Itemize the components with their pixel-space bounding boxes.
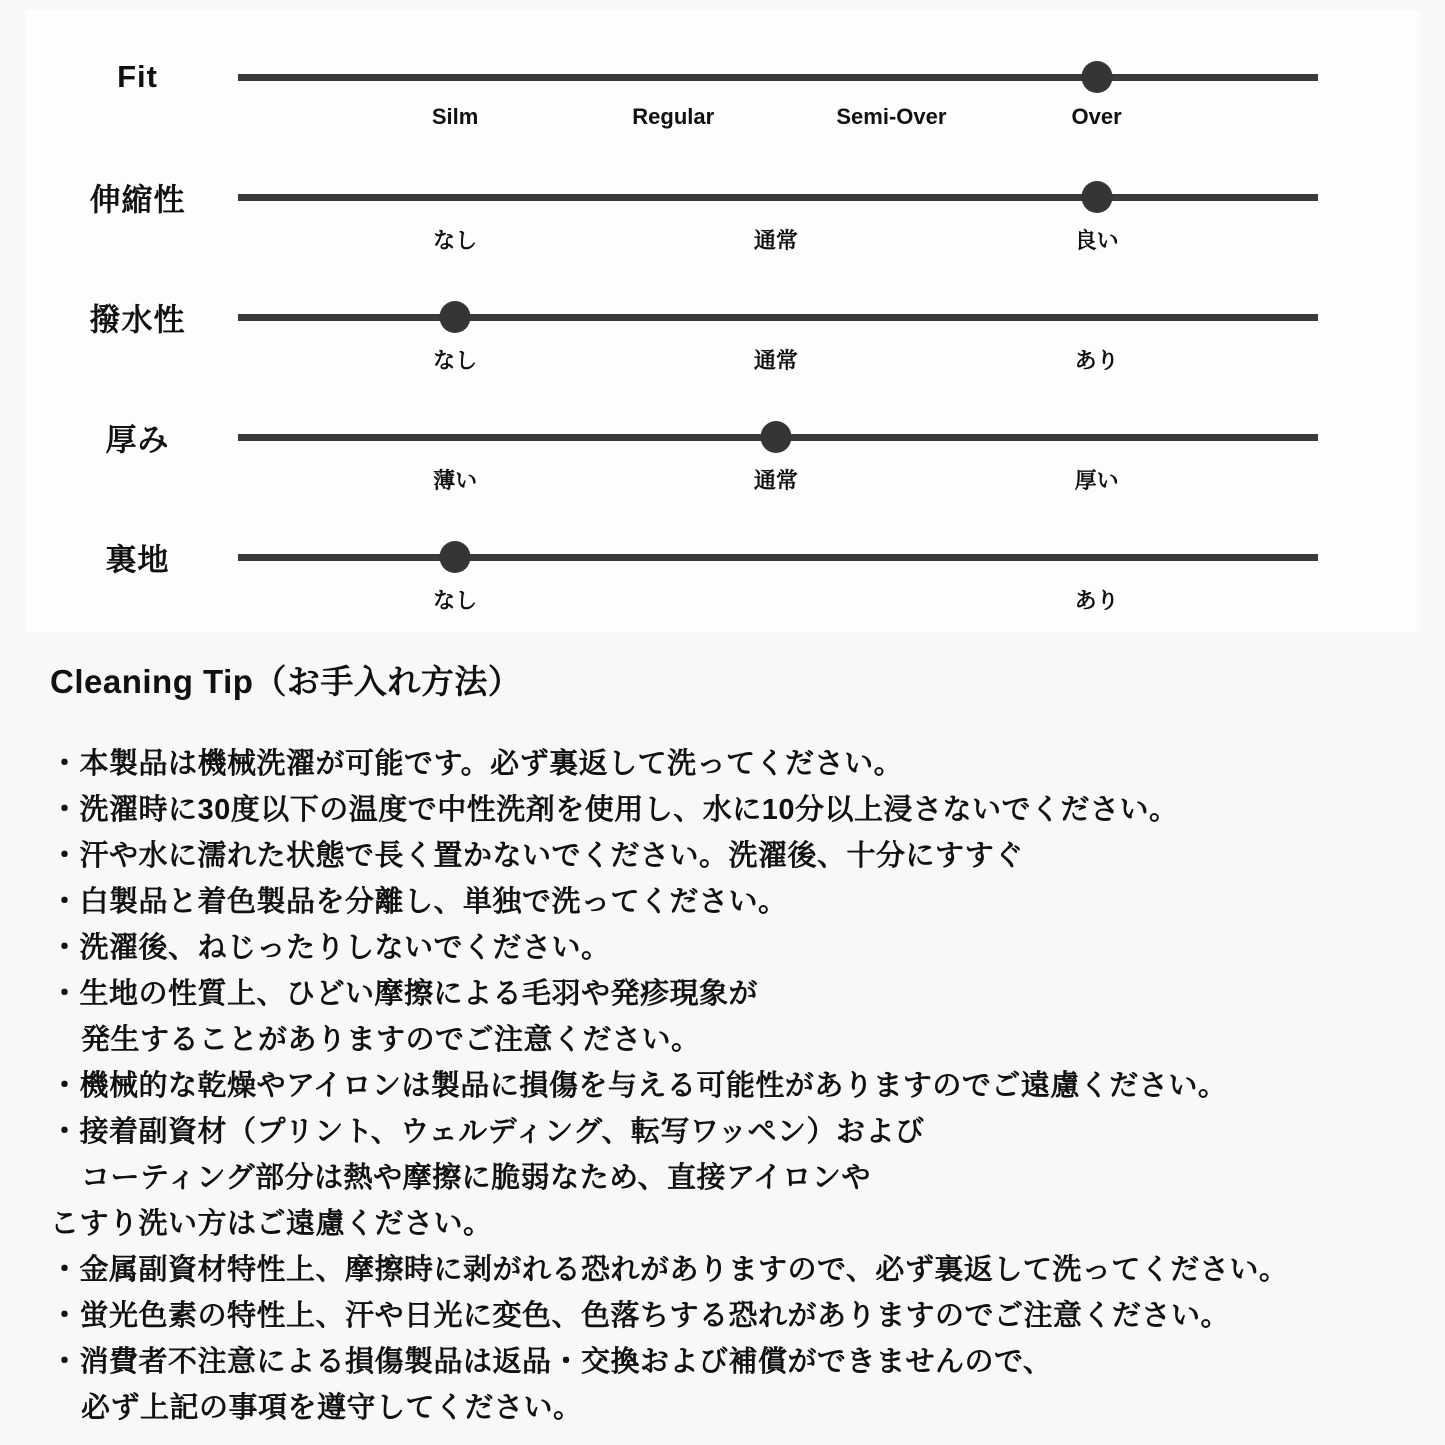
cleaning-tip-line: ・蛍光色素の特性上、汗や日光に変色、色落ちする恐れがありますのでご注意ください。	[50, 1293, 1440, 1339]
slider-tick-label: あり	[1075, 344, 1119, 375]
slider-tick-label: Semi-Over	[836, 104, 946, 130]
cleaning-tips-list: ・本製品は機械洗濯が可能です。必ず裏返して洗ってください。・洗濯時に30度以下の…	[50, 741, 1440, 1431]
slider-tick-label: なし	[433, 224, 477, 255]
cleaning-tip-line: ・本製品は機械洗濯が可能です。必ず裏返して洗ってください。	[50, 741, 1440, 787]
slider-tick-label: 通常	[754, 464, 798, 495]
cleaning-tip-line: ・接着副資材（プリント、ウェルディング、転写ワッペン）および	[50, 1109, 1440, 1155]
cleaning-tip-line: ・消費者不注意による損傷製品は返品・交換および補償ができませんので、	[50, 1339, 1440, 1385]
spec-sliders-card: Fit SilmRegularSemi-OverOver 伸縮性 なし通常良い …	[25, 10, 1420, 632]
slider-row-label: 撥水性	[40, 295, 235, 340]
cleaning-tip-line: ・洗濯時に30度以下の温度で中性洗剤を使用し、水に10分以上浸さないでください。	[50, 787, 1440, 833]
slider-row-label: 裏地	[40, 535, 235, 580]
slider-row-label: 伸縮性	[40, 175, 235, 220]
slider-tick-label: あり	[1075, 584, 1119, 615]
slider-tick-label: 良い	[1075, 224, 1119, 255]
cleaning-tip-line: ・洗濯後、ねじったりしないでください。	[50, 925, 1440, 971]
slider-tick-label: 厚い	[1075, 464, 1119, 495]
cleaning-tip-line: コーティング部分は熱や摩擦に脆弱なため、直接アイロンや	[50, 1155, 1440, 1201]
slider-tick-label: Over	[1072, 104, 1122, 130]
slider-track	[238, 74, 1318, 81]
cleaning-tips-heading: Cleaning Tip（お手入れ方法）	[50, 656, 521, 703]
cleaning-tip-line: 発生することがありますのでご注意ください。	[50, 1017, 1440, 1063]
slider-dot	[1081, 181, 1112, 213]
slider-row-label: 厚み	[40, 415, 235, 460]
slider-dot	[1081, 61, 1112, 93]
slider-track	[238, 314, 1318, 321]
slider-track	[238, 194, 1318, 201]
cleaning-tip-line: ・生地の性質上、ひどい摩擦による毛羽や発疹現象が	[50, 971, 1440, 1017]
slider-dot	[440, 541, 471, 573]
slider-tick-label: なし	[433, 344, 477, 375]
slider-row-label: Fit	[40, 59, 235, 95]
slider-tick-label: 通常	[754, 344, 798, 375]
slider-track	[238, 554, 1318, 561]
cleaning-tip-line: ・機械的な乾燥やアイロンは製品に損傷を与える可能性がありますのでご遠慮ください。	[50, 1063, 1440, 1109]
cleaning-tip-line: ・白製品と着色製品を分離し、単独で洗ってください。	[50, 879, 1440, 925]
cleaning-tip-line: ・金属副資材特性上、摩擦時に剥がれる恐れがありますので、必ず裏返して洗ってくださ…	[50, 1247, 1440, 1293]
slider-tick-label: Regular	[632, 104, 714, 130]
cleaning-tip-line: 必ず上記の事項を遵守してください。	[50, 1385, 1440, 1431]
cleaning-tip-line: こすり洗い方はご遠慮ください。	[50, 1201, 1440, 1247]
slider-tick-label: Silm	[432, 104, 478, 130]
slider-dot	[440, 301, 471, 333]
slider-dot	[760, 421, 791, 453]
slider-tick-label: 薄い	[433, 464, 477, 495]
cleaning-tip-line: ・汗や水に濡れた状態で長く置かないでください。洗濯後、十分にすすぐ	[50, 833, 1440, 879]
slider-tick-label: なし	[433, 584, 477, 615]
slider-tick-label: 通常	[754, 224, 798, 255]
